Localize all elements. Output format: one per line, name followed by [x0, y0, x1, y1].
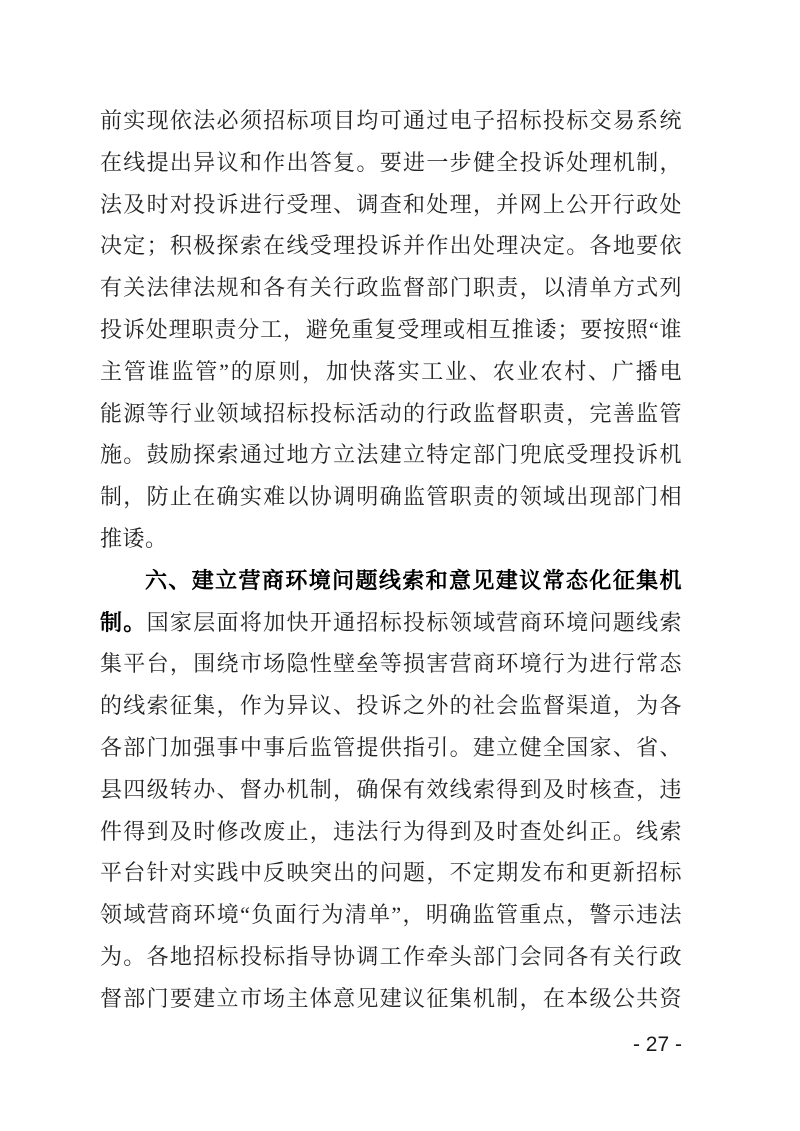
document-line-12: 六、建立营商环境问题线索和意见建议常态化征集机 — [100, 560, 682, 602]
document-line-20: 领域营商环境“负面行为清单”，明确监管重点，警示违法行 — [100, 894, 682, 936]
document-line-4: 决定；积极探索在线受理投诉并作出处理决定。各地要依据 — [100, 225, 682, 267]
document-line-17: 县四级转办、督办机制，确保有效线索得到及时核查，违规文 — [100, 769, 682, 811]
document-line-22: 督部门要建立市场主体意见建议征集机制，在本级公共资源 — [100, 978, 682, 1020]
document-line-21: 为。各地招标投标指导协调工作牵头部门会同各有关行政监 — [100, 936, 682, 978]
page-number: - 27 - — [100, 1033, 682, 1057]
document-line-6: 投诉处理职责分工，避免重复受理或相互推诿；要按照“谁 — [100, 309, 682, 351]
document-page: 前实现依法必须招标项目均可通过电子招标投标交易系统在线提出异议和作出答复。要进一… — [0, 0, 800, 1131]
document-line-19: 平台针对实践中反映突出的问题，不定期发布和更新招标投标 — [100, 852, 682, 894]
document-line-7: 主管谁监管”的原则，加快落实工业、农业农村、广播电视、 — [100, 351, 682, 393]
document-line-14: 集平台，围绕市场隐性壁垒等损害营商环境行为进行常态化 — [100, 643, 682, 685]
document-text-block: 前实现依法必须招标项目均可通过电子招标投标交易系统在线提出异议和作出答复。要进一… — [100, 100, 682, 1020]
document-line-13: 制。国家层面将加快开通招标投标领域营商环境问题线索征 — [100, 602, 682, 644]
document-line-11: 推诿。 — [100, 518, 682, 560]
document-line-10: 制，防止在确实难以协调明确监管职责的领域出现部门相互 — [100, 476, 682, 518]
text-run: 国家层面将加快开通招标投标领域营商环境问题线索征 — [100, 610, 682, 644]
document-line-2: 在线提出异议和作出答复。要进一步健全投诉处理机制，依 — [100, 142, 682, 184]
document-line-9: 施。鼓励探索通过地方立法建立特定部门兜底受理投诉机 — [100, 434, 682, 476]
document-line-18: 件得到及时修改废止，违法行为得到及时查处纠正。线索征集 — [100, 811, 682, 853]
document-line-1: 前实现依法必须招标项目均可通过电子招标投标交易系统 — [100, 100, 682, 142]
bold-run: 制。 — [100, 610, 147, 635]
document-line-8: 能源等行业领域招标投标活动的行政监督职责，完善监管措 — [100, 393, 682, 435]
document-line-5: 有关法律法规和各有关行政监督部门职责，以清单方式列明 — [100, 267, 682, 309]
document-line-16: 各部门加强事中事后监管提供指引。建立健全国家、省、市、 — [100, 727, 682, 769]
document-line-15: 的线索征集，作为异议、投诉之外的社会监督渠道，为各地区、 — [100, 685, 682, 727]
document-line-3: 法及时对投诉进行受理、调查和处理，并网上公开行政处罚 — [100, 184, 682, 226]
